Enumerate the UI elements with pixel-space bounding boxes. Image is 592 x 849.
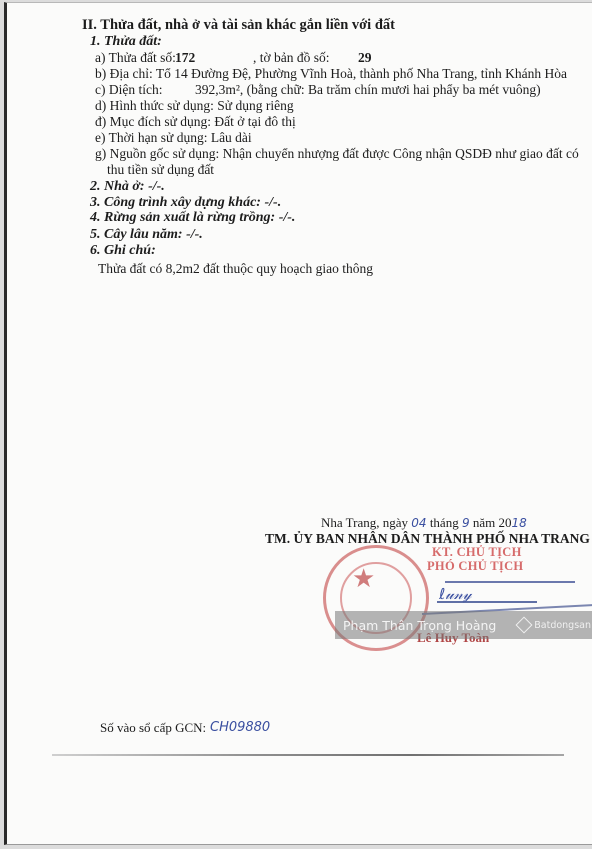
address-line: b) Địa chỉ: Tổ 14 Đường Đệ, Phường Vĩnh … [95, 66, 567, 82]
area-label: c) Diện tích: [95, 82, 162, 98]
perennial-heading: 5. Cây lâu năm: -/-. [90, 227, 203, 243]
year-suffix: 18 [511, 516, 526, 530]
usage-form: d) Hình thức sử dụng: Sử dụng riêng [95, 98, 294, 114]
house-heading: 2. Nhà ở: -/-. [90, 179, 165, 195]
year-label: năm 20 [473, 515, 512, 530]
watermark-brand-text: Batdongsan [534, 620, 591, 631]
section-title: II. Thửa đất, nhà ở và tài sản khác gắn … [82, 17, 395, 34]
forest-heading: 4. Rừng sản xuất là rừng trồng: -/-. [90, 210, 295, 226]
place-date-prefix: Nha Trang, ngày [321, 515, 408, 530]
registration-label: Số vào sổ cấp GCN: [100, 720, 206, 736]
map-sheet-value: 29 [358, 50, 372, 66]
on-behalf-label: KT. CHỦ TỊCH [432, 545, 522, 560]
divider-line [52, 754, 564, 756]
usage-origin-cont: thu tiền sử dụng đất [107, 162, 214, 178]
brand-logo-icon [516, 617, 533, 634]
usage-origin: g) Nguồn gốc sử dụng: Nhận chuyển nhượng… [95, 146, 579, 162]
parcel-number-value: 172 [175, 50, 195, 66]
place-date: Nha Trang, ngày 04 tháng 9 năm 2018 [321, 515, 527, 531]
registration-value: CH09880 [210, 720, 270, 735]
signature-scrawl: ℓ𝓊𝓃𝓎 [439, 585, 472, 603]
position-label: PHÓ CHỦ TỊCH [427, 559, 523, 574]
star-icon: ★ [352, 564, 375, 594]
usage-term: e) Thời hạn sử dụng: Lâu dài [95, 130, 252, 146]
month-label: tháng [430, 515, 459, 530]
usage-purpose: đ) Mục đích sử dụng: Đất ở tại đô thị [95, 114, 296, 130]
watermark-name: Phạm Thân Trọng Hoàng [343, 618, 496, 633]
signature-stroke [445, 581, 575, 583]
issuing-organization: TM. ỦY BAN NHÂN DÂN THÀNH PHỐ NHA TRANG [265, 531, 590, 547]
watermark-brand: Batdongsan [518, 619, 591, 631]
other-construction-heading: 3. Công trình xây dựng khác: -/-. [90, 195, 281, 211]
notes-heading: 6. Ghi chú: [90, 243, 156, 259]
month-value: 9 [462, 516, 470, 530]
watermark-bar: Phạm Thân Trọng Hoàng Batdongsan [335, 611, 592, 639]
parcel-number-label: a) Thửa đất số: [95, 50, 176, 66]
land-heading: 1. Thửa đất: [90, 34, 162, 50]
area-value: 392,3m², (bằng chữ: Ba trăm chín mươi ha… [195, 82, 541, 98]
notes-text: Thửa đất có 8,2m2 đất thuộc quy hoạch gi… [98, 261, 373, 277]
certificate-page: II. Thửa đất, nhà ở và tài sản khác gắn … [4, 2, 592, 845]
map-sheet-label: , tờ bản đồ số: [253, 50, 330, 66]
day-value: 04 [411, 516, 426, 530]
